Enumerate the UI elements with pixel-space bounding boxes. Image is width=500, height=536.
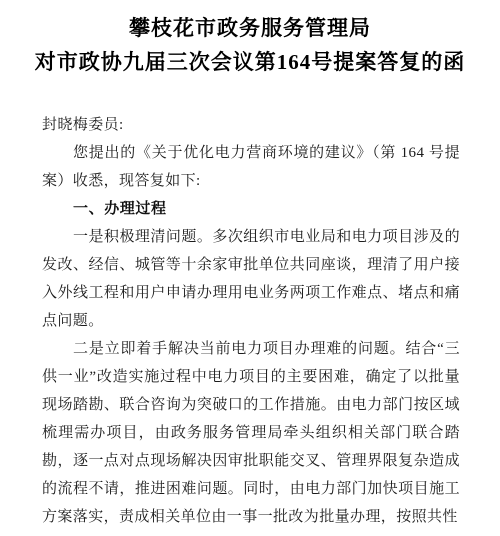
- paragraph-intro: 您提出的《关于优化电力营商环境的建议》（第 164 号提案）收悉，现答复如下:: [42, 139, 460, 195]
- section-heading-handling-process: 一、办理过程: [42, 195, 460, 223]
- salutation: 封晓梅委员:: [42, 111, 460, 139]
- title-line-1: 攀枝花市政务服务管理局: [0, 11, 500, 45]
- document-page: 攀枝花市政务服务管理局 对市政协九届三次会议第164号提案答复的函 封晓梅委员:…: [0, 0, 500, 536]
- paragraph-point-one: 一是积极理清问题。多次组织市电业局和电力项目涉及的发改、经信、城管等十余家审批单…: [42, 223, 460, 335]
- document-body: 封晓梅委员: 您提出的《关于优化电力营商环境的建议》（第 164 号提案）收悉，…: [42, 111, 460, 531]
- title-line-2: 对市政协九届三次会议第164号提案答复的函: [0, 45, 500, 79]
- document-title: 攀枝花市政务服务管理局 对市政协九届三次会议第164号提案答复的函: [0, 0, 500, 79]
- paragraph-point-two: 二是立即着手解决当前电力项目办理难的问题。结合“三供一业”改造实施过程中电力项目…: [42, 335, 460, 531]
